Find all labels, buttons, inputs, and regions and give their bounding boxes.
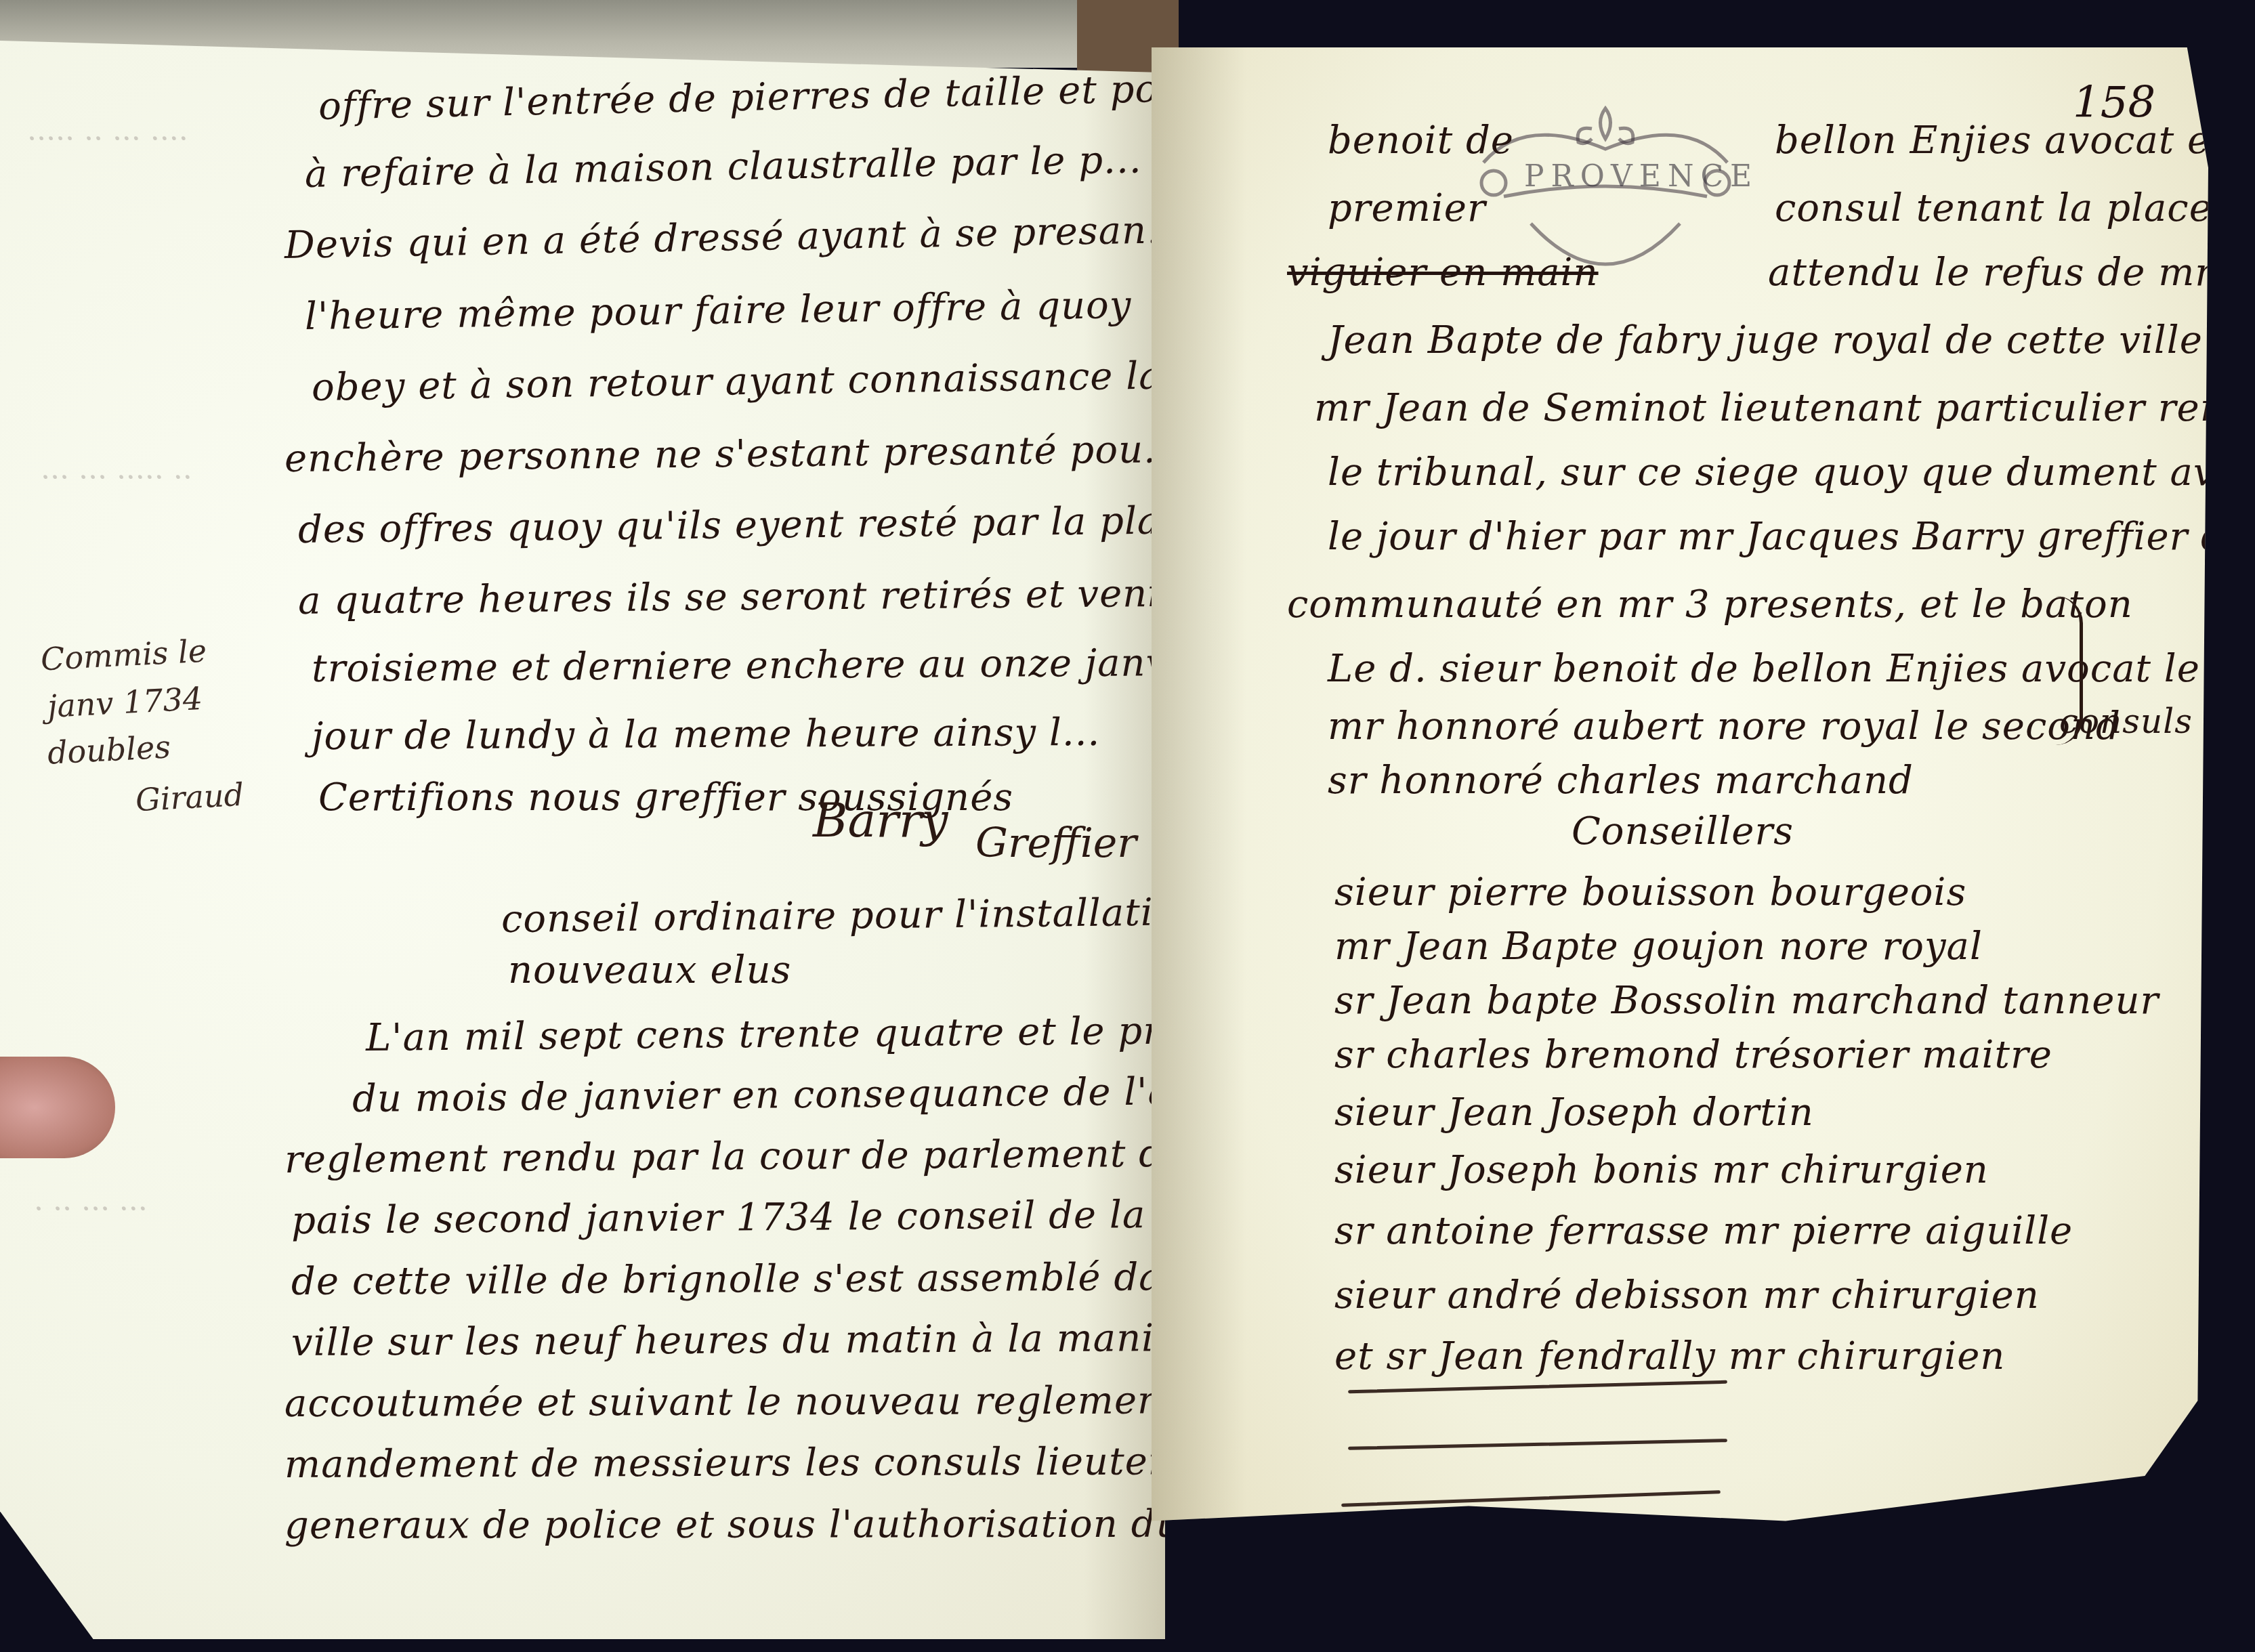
blank-rule (1348, 1439, 1727, 1450)
header-left: premier (1328, 190, 1486, 228)
right-page: 158 PROVENCE benoit de bellon Enjies avo… (1152, 47, 2208, 1551)
conseiller-entry: sr Jean bapte Bossolin marchand tanneur (1334, 982, 2159, 1020)
text-line: mr Jean de Seminot lieutenant particulie… (1314, 389, 2208, 427)
signature: Barry (813, 792, 948, 848)
text-line: le tribunal, sur ce siege quoy que dumen… (1328, 454, 2208, 492)
bleed-through-text: ···· ··· ·· ····· (27, 122, 188, 156)
header-right: consul tenant la place de (1775, 190, 2208, 228)
text-line: à refaire à la maison claustralle par le… (305, 141, 1142, 194)
conseiller-entry: mr Jean Bapte goujon nore royal (1334, 928, 1983, 966)
text-line: Devis qui en a été dressé ayant à se pre… (284, 211, 1165, 265)
stamp-text: PROVENCE (1524, 159, 1758, 194)
text-line: enchère personne ne s'estant presanté po… (284, 431, 1165, 478)
body-line: du mois de janvier en consequance de l'a… (352, 1072, 1165, 1118)
conseiller-entry: sieur Jean Joseph dortin (1334, 1094, 1814, 1132)
conseiller-entry: sieur pierre bouisson bourgeois (1334, 874, 1966, 912)
blank-rule (1348, 1380, 1727, 1394)
margin-note-signature: Giraud (135, 776, 245, 818)
body-line: reglement rendu par la cour de parlement… (284, 1135, 1165, 1179)
body-line: pais le second janvier 1734 le conseil d… (291, 1195, 1165, 1240)
thumb-holding-page (0, 1057, 115, 1158)
text-line: obey et à son retour ayant connaissance … (312, 356, 1165, 407)
text-line: jour de lundy à la meme heure ainsy l... (312, 714, 1101, 756)
body-line: generaux de police et sous l'authorisati… (284, 1506, 1165, 1545)
text-line: Jean Bapte de fabry juge royal de cette … (1328, 322, 2208, 360)
body-line: L'an mil sept cens trente quatre et le p… (366, 1011, 1165, 1057)
text-line: communauté en mr 3 presents, et le baton (1287, 586, 2133, 624)
margin-note-line: Commis le (40, 633, 208, 678)
bleed-through-text: ·· ····· ··· ··· (41, 461, 192, 495)
consul-entry: mr honnoré aubert nore royal le second (1328, 708, 2121, 746)
conseiller-entry: sr charles bremond trésorier maitre (1334, 1036, 2052, 1074)
header-right: bellon Enjies avocat et (1775, 122, 2208, 160)
conseiller-entry: sr antoine ferrasse mr pierre aiguille (1334, 1212, 2073, 1250)
consul-entry: sr honnoré charles marchand (1328, 762, 1914, 800)
header-left: viguier en main (1287, 254, 1599, 292)
body-line: mandement de messieurs les consuls lieut… (284, 1443, 1165, 1484)
section-heading: conseil ordinaire pour l'installation (501, 893, 1165, 939)
text-line: troisieme et derniere enchere au onze ja… (312, 644, 1165, 688)
header-right: attendu le refus de mr (1768, 254, 2208, 292)
signature-title: Greffier (975, 820, 1137, 867)
text-line: a quatre heures ils se seront retirés et… (298, 575, 1165, 620)
text-line: des offres quoy qu'ils eyent resté par l… (298, 502, 1165, 549)
conseiller-entry: sieur andré debisson mr chirurgien (1334, 1277, 2040, 1315)
text-line: l'heure même pour faire leur offre à quo… (305, 287, 1132, 336)
text-line: offre sur l'entrée de pierres de taille … (318, 69, 1165, 126)
header-left: benoit de (1328, 122, 1514, 160)
body-line: ville sur les neuf heures du matin à la … (291, 1319, 1165, 1362)
body-line: de cette ville de brignolle s'est assemb… (291, 1257, 1165, 1301)
body-line: accoutumée et suivant le nouveau regleme… (284, 1382, 1165, 1423)
conseillers-heading: Conseillers (1572, 813, 1794, 851)
blank-rule (1341, 1490, 1721, 1507)
conseiller-entry: et sr Jean fendrally mr chirurgien (1334, 1338, 2005, 1376)
bleed-through-text: ··· ··· ·· · (34, 1192, 148, 1227)
gutter-shadow (1152, 47, 1246, 1551)
consuls-brace (2052, 596, 2083, 745)
conseiller-entry: sieur Joseph bonis mr chirurgien (1334, 1151, 1989, 1189)
section-heading-line2: nouveaux elus (508, 952, 791, 990)
left-page: ···· ··· ·· ····· ·· ····· ··· ··· ··· ·… (0, 41, 1165, 1639)
margin-note-line: janv 1734 (47, 680, 204, 725)
text-line: le jour d'hier par mr Jacques Barry gref… (1328, 518, 2208, 556)
margin-note-line: doubles (47, 728, 171, 771)
